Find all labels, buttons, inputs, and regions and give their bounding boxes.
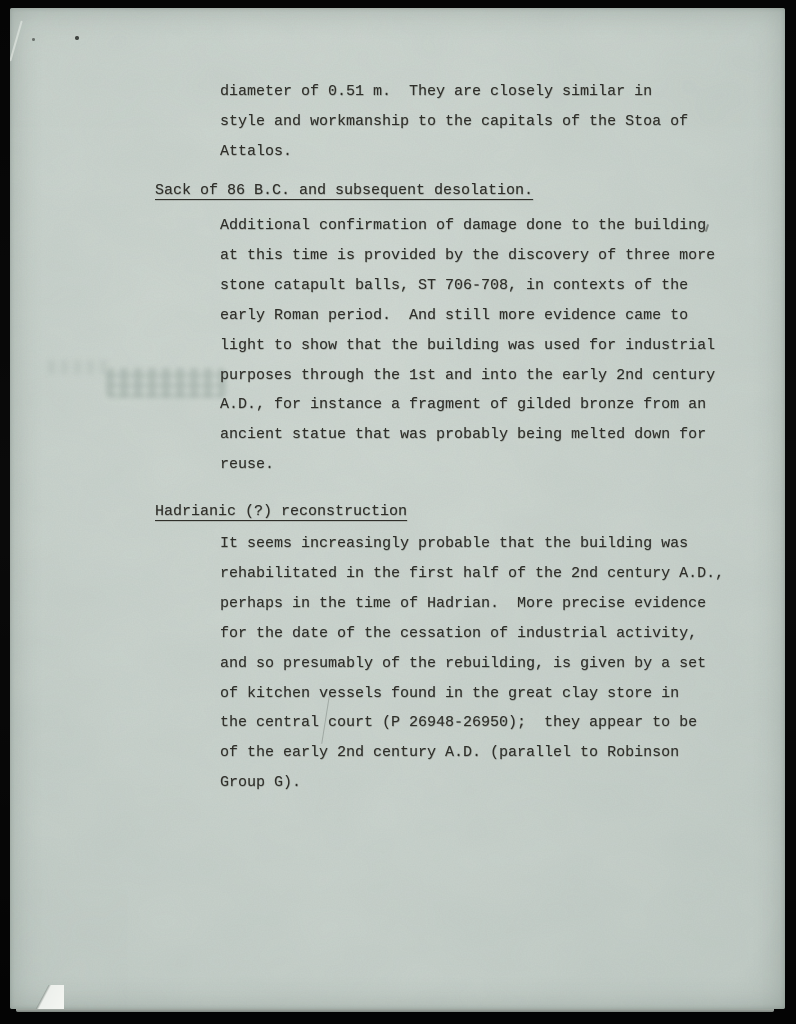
typed-line: ancient statue that was probably being m…: [220, 420, 715, 450]
typed-line: light to show that the building was used…: [220, 331, 715, 361]
typed-line: purposes through the 1st and into the ea…: [220, 361, 715, 391]
heading-text: Hadrianic (?) reconstruction: [155, 497, 407, 527]
typed-line: early Roman period. And still more evide…: [220, 301, 715, 331]
typed-line: Group G).: [220, 768, 724, 798]
typed-line: of the early 2nd century A.D. (parallel …: [220, 738, 724, 768]
section-heading: Sack of 86 B.C. and subsequent desolatio…: [155, 176, 533, 206]
typed-line: perhaps in the time of Hadrian. More pre…: [220, 589, 724, 619]
typed-line: A.D., for instance a fragment of gilded …: [220, 390, 715, 420]
typed-line: rehabilitated in the first half of the 2…: [220, 559, 724, 589]
typed-line: It seems increasingly probable that the …: [220, 529, 724, 559]
typed-line: for the date of the cessation of industr…: [220, 619, 724, 649]
section-heading: Hadrianic (?) reconstruction: [155, 497, 407, 527]
typed-line: at this time is provided by the discover…: [220, 241, 715, 271]
typed-line: style and workmanship to the capitals of…: [220, 107, 688, 137]
typed-line: Attalos.: [220, 137, 688, 167]
typed-line: of kitchen vessels found in the great cl…: [220, 679, 724, 709]
document-page: diameter of 0.51 m. They are closely sim…: [10, 8, 785, 1009]
scan-background: diameter of 0.51 m. They are closely sim…: [0, 0, 796, 1024]
heading-text: Sack of 86 B.C. and subsequent desolatio…: [155, 176, 533, 206]
typed-line: the central court (P 26948-26950); they …: [220, 708, 724, 738]
typed-line: Additional confirmation of damage done t…: [220, 211, 715, 241]
typed-line: reuse.: [220, 450, 715, 480]
typed-line: stone catapult balls, ST 706-708, in con…: [220, 271, 715, 301]
typed-text-layer: diameter of 0.51 m. They are closely sim…: [10, 8, 785, 1009]
paragraph: diameter of 0.51 m. They are closely sim…: [220, 77, 688, 167]
paragraph: It seems increasingly probable that the …: [220, 529, 724, 798]
paragraph: Additional confirmation of damage done t…: [220, 211, 715, 480]
typed-line: diameter of 0.51 m. They are closely sim…: [220, 77, 688, 107]
typed-line: and so presumably of the rebuilding, is …: [220, 649, 724, 679]
